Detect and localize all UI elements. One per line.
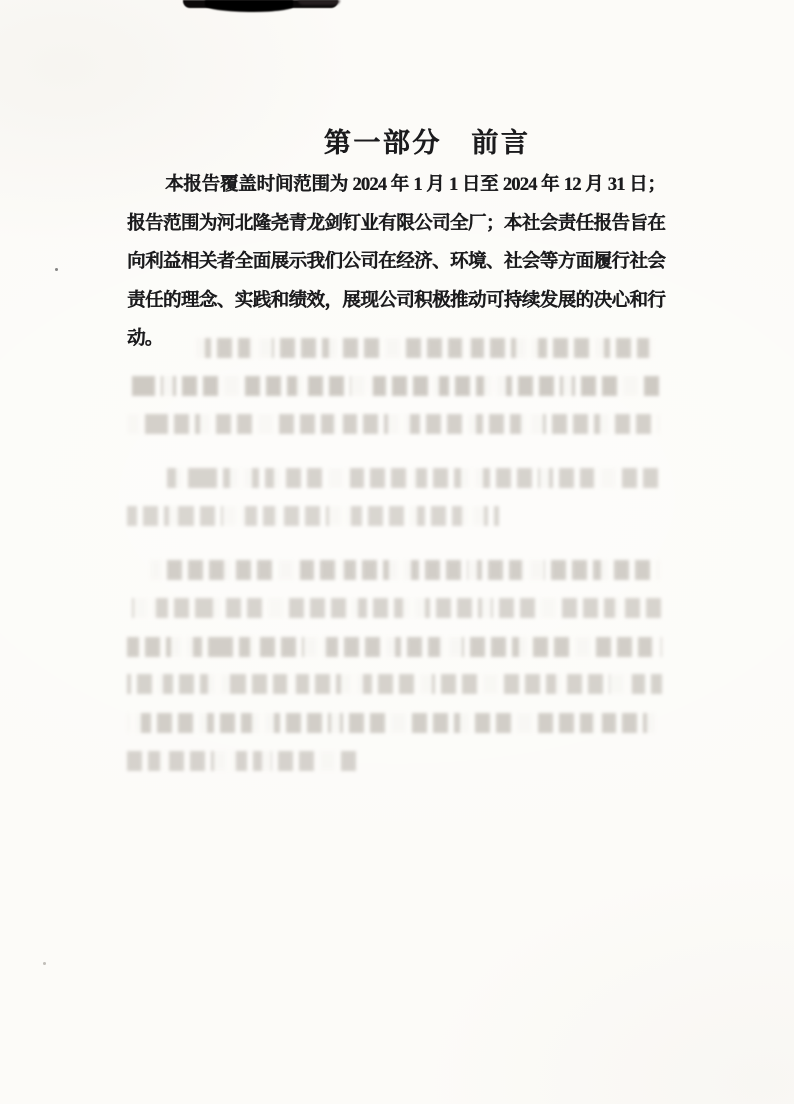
bleedthrough-line — [127, 637, 662, 657]
bleedthrough-line — [127, 376, 660, 396]
scanned-report-page: 第一部分 前言 本报告覆盖时间范围为 2024 年 1 月 1 日至 2024 … — [0, 0, 794, 1104]
paragraph-line: 报告范围为河北隆尧青龙剑钉业有限公司全厂；本社会责任报告旨在 — [127, 205, 665, 244]
bleedthrough-line — [127, 713, 655, 733]
paragraph-line: 向利益相关者全面展示我们公司在经济、环境、社会等方面履行社会 — [127, 243, 665, 282]
section-heading: 第一部分 前言 — [30, 121, 794, 160]
paragraph-line: 动。 — [127, 320, 665, 359]
bleedthrough-line — [150, 560, 660, 580]
bleedthrough-line — [127, 506, 499, 526]
scan-smudge-core — [205, 0, 293, 12]
bleedthrough-line — [127, 674, 662, 694]
paragraph-line: 责任的理念、实践和绩效，展现公司积极推动可持续发展的决心和行 — [127, 282, 665, 321]
paragraph-line: 本报告覆盖时间范围为 2024 年 1 月 1 日至 2024 年 12 月 3… — [127, 166, 665, 205]
scan-speck — [43, 962, 46, 965]
scan-smudge-tail — [298, 0, 340, 5]
body-paragraph: 本报告覆盖时间范围为 2024 年 1 月 1 日至 2024 年 12 月 3… — [127, 166, 665, 359]
bleedthrough-line — [127, 414, 660, 434]
bleedthrough-line — [127, 751, 362, 771]
scan-speck — [55, 268, 58, 271]
bleedthrough-line — [163, 468, 660, 488]
bleedthrough-line — [127, 598, 662, 618]
